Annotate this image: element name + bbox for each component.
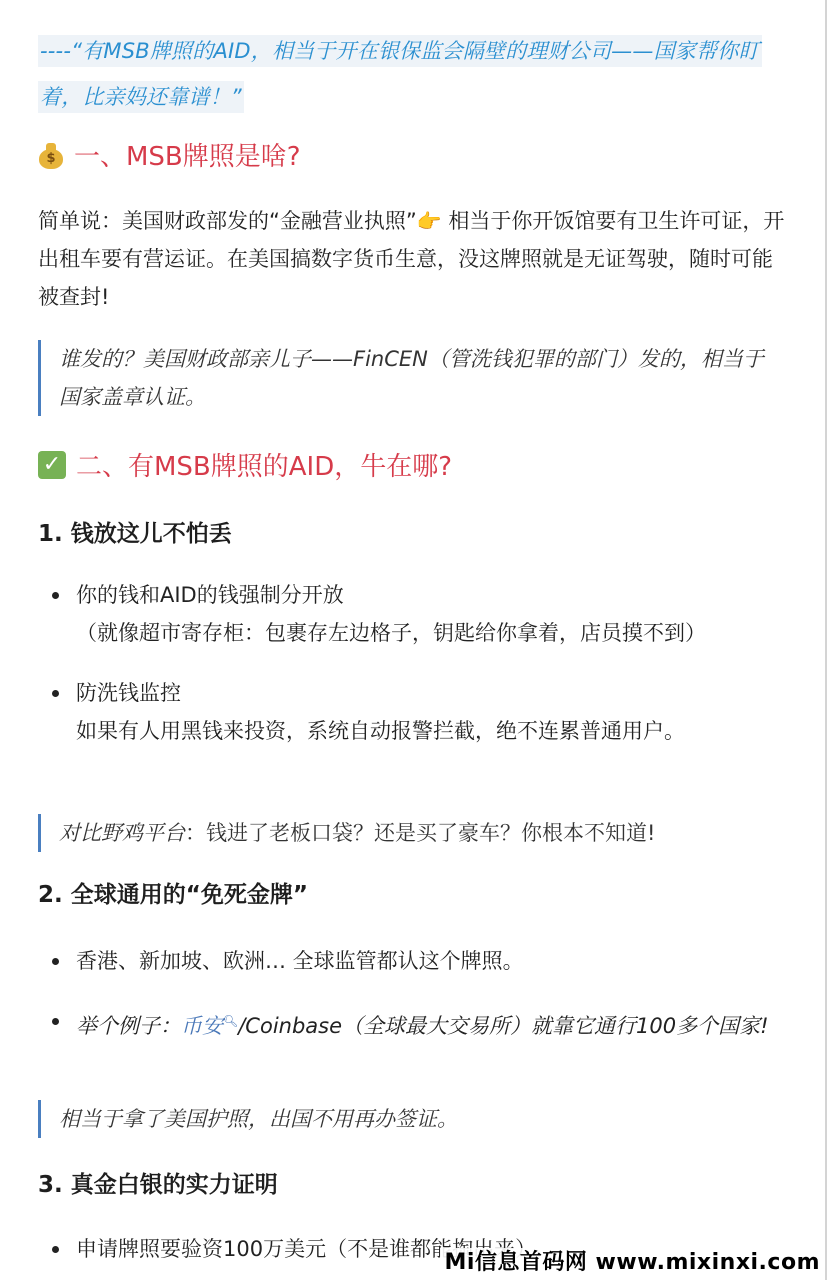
bullet-list-1: 你的钱和AID的钱强制分开放 （就像超市寄存柜：包裹存左边格子，钥匙给你拿着，店… <box>48 576 788 750</box>
list-item-title: 你的钱和AID的钱强制分开放 <box>76 576 788 614</box>
paragraph-text: 简单说：美国财政部发的“金融营业执照” <box>38 209 417 233</box>
section1-heading: $ 一、MSB牌照是啥? <box>38 136 301 173</box>
blockquote-text: 相当于拿了美国护照，出国不用再办签证。 <box>59 1107 458 1131</box>
list-item: 防洗钱监控 如果有人用黑钱来投资，系统自动报警拦截，绝不连累普通用户。 <box>48 674 788 750</box>
list-item: 你的钱和AID的钱强制分开放 （就像超市寄存柜：包裹存左边格子，钥匙给你拿着，店… <box>48 576 788 652</box>
section1-paragraph: 简单说：美国财政部发的“金融营业执照”👉 相当于你开饭馆要有卫生许可证，开出租车… <box>38 202 790 316</box>
pointing-right-icon: 👉 <box>417 202 442 240</box>
subheading-1: 1. 钱放这儿不怕丢 <box>38 515 232 548</box>
bullet-icon <box>52 958 59 965</box>
list-item-title: 香港、新加坡、欧洲… 全球监管都认这个牌照。 <box>76 949 524 973</box>
list-item: 香港、新加坡、欧洲… 全球监管都认这个牌照。 <box>48 942 788 980</box>
intro-quote: ----“有MSB牌照的AID，相当于开在银保监会隔壁的理财公司——国家帮你盯着… <box>38 28 786 120</box>
blockquote-text: 谁发的？美国财政部亲儿子——FinCEN（管洗钱犯罪的部门）发的，相当于国家盖章… <box>59 347 764 409</box>
money-bag-icon: $ <box>38 141 64 169</box>
blockquote-emphasis: 对比野鸡平台 <box>59 821 185 845</box>
list-item: 举个例子：币安🔍︎/Coinbase（全球最大交易所）就靠它通行100多个国家! <box>48 1002 788 1045</box>
bullet-icon <box>52 1246 59 1253</box>
search-icon[interactable]: 🔍︎ <box>223 1014 238 1028</box>
blockquote-text: ：钱进了老板口袋？还是买了豪车？你根本不知道! <box>185 821 655 845</box>
binance-link[interactable]: 币安 <box>181 1014 223 1038</box>
list-item-detail: 如果有人用黑钱来投资，系统自动报警拦截，绝不连累普通用户。 <box>76 712 788 750</box>
intro-quote-text: ----“有MSB牌照的AID，相当于开在银保监会隔壁的理财公司——国家帮你盯着… <box>38 35 762 113</box>
sub2-blockquote: 相当于拿了美国护照，出国不用再办签证。 <box>38 1100 779 1138</box>
bullet-icon <box>52 592 59 599</box>
sub1-blockquote: 对比野鸡平台：钱进了老板口袋？还是买了豪车？你根本不知道! <box>38 814 779 852</box>
section2-heading-text: 二、有MSB牌照的AID，牛在哪? <box>76 446 452 483</box>
bullet-icon <box>52 1018 59 1025</box>
list-item-title: 防洗钱监控 <box>76 674 788 712</box>
section1-heading-text: 一、MSB牌照是啥? <box>74 136 301 173</box>
list-item-prefix: 举个例子： <box>76 1014 181 1038</box>
section1-blockquote: 谁发的？美国财政部亲儿子——FinCEN（管洗钱犯罪的部门）发的，相当于国家盖章… <box>38 340 779 416</box>
check-mark-icon: ✓ <box>38 451 66 479</box>
bullet-list-2: 香港、新加坡、欧洲… 全球监管都认这个牌照。 举个例子：币安🔍︎/Coinbas… <box>48 942 788 1045</box>
subheading-2: 2. 全球通用的“免死金牌” <box>38 876 308 909</box>
site-watermark: Mi信息首码网 www.mixinxi.com <box>440 1248 824 1278</box>
list-item-detail: （就像超市寄存柜：包裹存左边格子，钥匙给你拿着，店员摸不到） <box>76 614 788 652</box>
section2-heading: ✓ 二、有MSB牌照的AID，牛在哪? <box>38 446 452 483</box>
page-edge-divider <box>825 0 827 1280</box>
list-item-text: /Coinbase（全球最大交易所）就靠它通行100多个国家! <box>238 1014 768 1038</box>
bullet-icon <box>52 690 59 697</box>
subheading-3: 3. 真金白银的实力证明 <box>38 1166 278 1199</box>
